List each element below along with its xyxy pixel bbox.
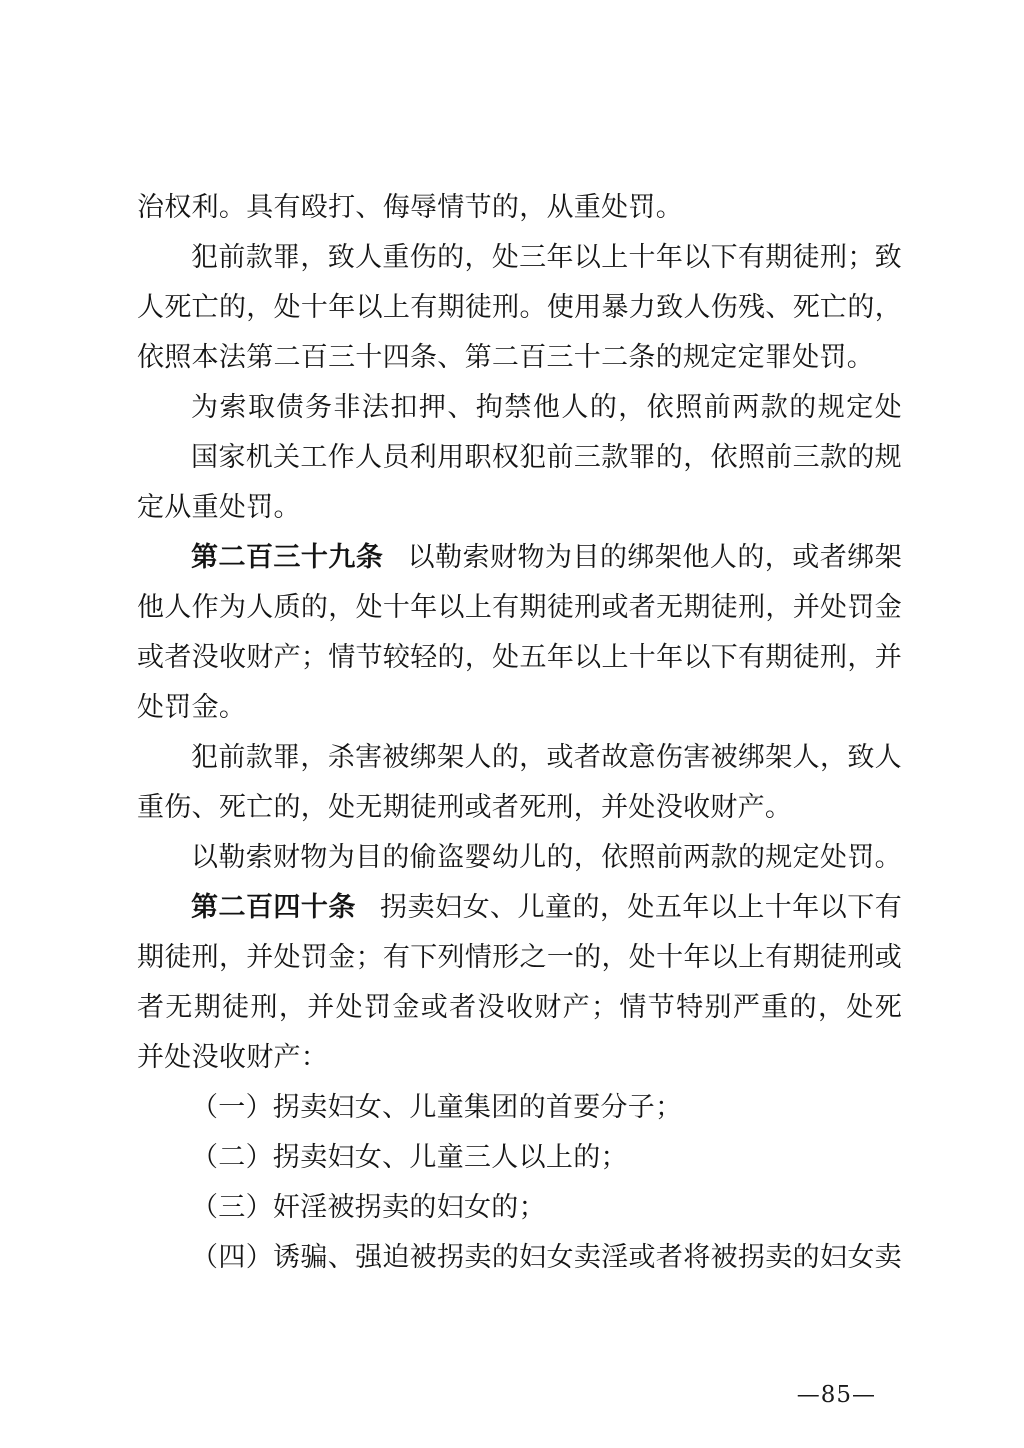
text-line: （三）奸淫被拐卖的妇女的；: [137, 1183, 902, 1233]
text-line: 人死亡的，处十年以上有期徒刑。使用暴力致人伤残、死亡的，: [137, 283, 902, 333]
text-line: 或者没收财产；情节较轻的，处五年以上十年以下有期徒刑，并: [137, 633, 902, 683]
text-line: （一）拐卖妇女、儿童集团的首要分子；: [137, 1083, 902, 1133]
text-line: 以勒索财物为目的偷盗婴幼儿的，依照前两款的规定处罚。: [137, 833, 902, 883]
text-line: 定从重处罚。: [137, 483, 902, 533]
article-number: 第二百四十条: [191, 892, 356, 923]
text-line: 治权利。具有殴打、侮辱情节的，从重处罚。: [137, 183, 902, 233]
text-line: 国家机关工作人员利用职权犯前三款罪的，依照前三款的规: [137, 433, 902, 483]
page-number: —85—: [797, 1380, 876, 1410]
text-line: 重伤、死亡的，处无期徒刑或者死刑，并处没收财产。: [137, 783, 902, 833]
text-line: 期徒刑，并处罚金；有下列情形之一的，处十年以上有期徒刑或: [137, 933, 902, 983]
text-line: （二）拐卖妇女、儿童三人以上的；: [137, 1133, 902, 1183]
text-line: 并处没收财产：: [137, 1033, 902, 1083]
text-line: 他人作为人质的，处十年以上有期徒刑或者无期徒刑，并处罚金: [137, 583, 902, 633]
article-number: 第二百三十九条: [191, 542, 383, 573]
text-line: 者无期徒刑，并处罚金或者没收财产；情节特别严重的，处死刑，: [137, 983, 902, 1033]
text-line: 依照本法第二百三十四条、第二百三十二条的规定定罪处罚。: [137, 333, 902, 383]
text-line: 犯前款罪，杀害被绑架人的，或者故意伤害被绑架人，致人: [137, 733, 902, 783]
document-lines: 治权利。具有殴打、侮辱情节的，从重处罚。犯前款罪，致人重伤的，处三年以上十年以下…: [137, 183, 902, 1283]
document-page: 治权利。具有殴打、侮辱情节的，从重处罚。犯前款罪，致人重伤的，处三年以上十年以下…: [0, 0, 1024, 1448]
text-line: 犯前款罪，致人重伤的，处三年以上十年以下有期徒刑；致: [137, 233, 902, 283]
text-line: 处罚金。: [137, 683, 902, 733]
text-line: （四）诱骗、强迫被拐卖的妇女卖淫或者将被拐卖的妇女卖: [137, 1233, 902, 1283]
text-line: 第二百三十九条以勒索财物为目的绑架他人的，或者绑架: [137, 533, 902, 583]
text-line: 为索取债务非法扣押、拘禁他人的，依照前两款的规定处罚。: [137, 383, 902, 433]
text-line: 第二百四十条拐卖妇女、儿童的，处五年以上十年以下有: [137, 883, 902, 933]
